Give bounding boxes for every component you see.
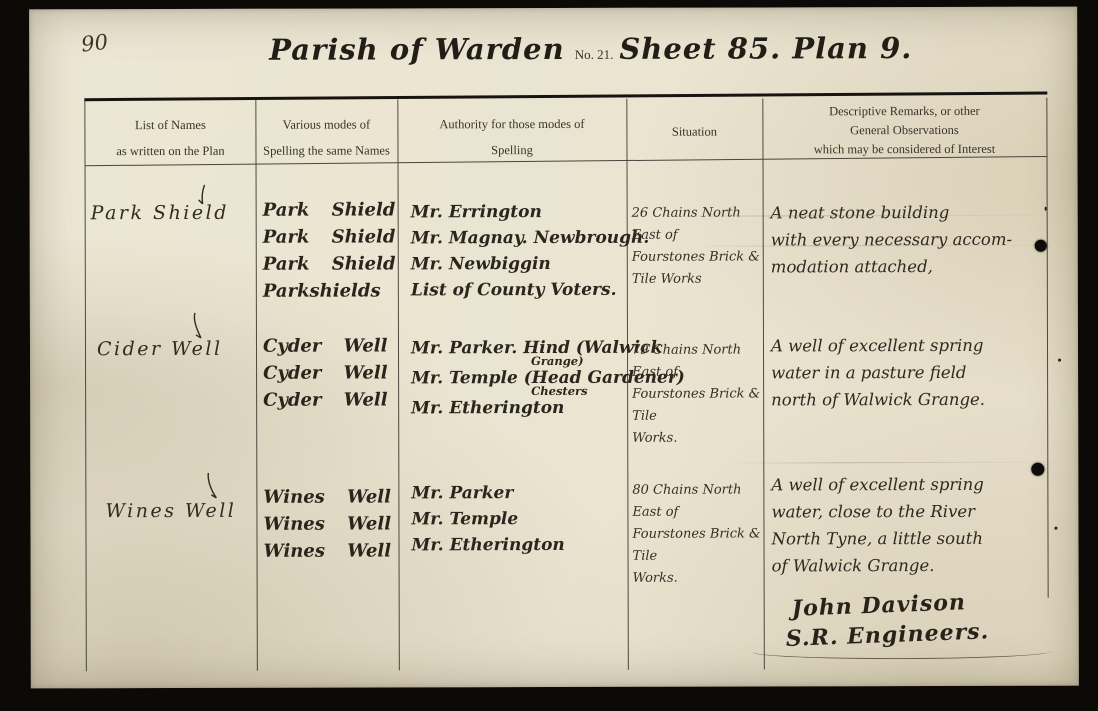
check-mark-icon	[195, 184, 209, 206]
table-row-name: Cider Well	[97, 338, 223, 360]
signature-flourish	[752, 644, 1052, 660]
name-book-table: List of Names as written on the Plan Var…	[84, 96, 1049, 674]
header-line: Various modes of	[256, 111, 396, 137]
spelling-variant: Cyder Well	[263, 386, 388, 413]
remark-line: North Tyne, a little south	[771, 525, 983, 553]
check-mark-icon	[203, 472, 219, 500]
header-line: Descriptive Remarks, or other	[763, 102, 1045, 122]
book-number-label: No. 21.	[575, 47, 614, 62]
spelling-variant: Parkshields	[263, 277, 396, 304]
situation-line: Fourstones Brick & Tile Works	[632, 246, 762, 290]
column-header-spelling: Various modes of Spelling the same Names	[256, 111, 396, 163]
spelling-variant: Cyder Well	[263, 359, 388, 386]
situation-line: 79 Chains North East of	[632, 339, 762, 383]
spelling-variant: Cyder Well	[263, 332, 388, 359]
spelling-variant: Wines Well	[263, 483, 391, 510]
remark-line: north of Walwick Grange.	[771, 386, 985, 414]
table-divider	[397, 99, 399, 670]
authority-entry: Mr. Temple	[411, 506, 564, 532]
situation-line: 80 Chains North East of	[632, 479, 762, 523]
remark-line: A well of excellent spring	[771, 332, 985, 360]
remark-line: A neat stone building	[771, 199, 1012, 227]
scan-background: { "page": { "number": "90", "title": { "…	[0, 0, 1098, 711]
header-line: Spelling the same Names	[256, 137, 396, 163]
authority-entry: Mr. Errington	[411, 199, 650, 226]
spelling-variant: Park Shield	[263, 196, 396, 223]
signature-block: John Davison S.R. Engineers.	[792, 590, 990, 651]
remark-line: water, close to the River	[771, 498, 983, 526]
remark-line: with every necessary accom-	[771, 226, 1012, 254]
authority-entry: Mr. Newbiggin	[411, 251, 650, 278]
situation-line: Fourstones Brick & Tile	[632, 383, 762, 427]
column-header-situation: Situation	[627, 124, 761, 139]
ink-speck	[1054, 527, 1057, 530]
situation-line: Works.	[632, 427, 762, 449]
spelling-variant: Park Shield	[263, 223, 396, 250]
table-divider	[255, 100, 257, 671]
situation-cell: 79 Chains North East of Fourstones Brick…	[632, 339, 762, 449]
column-header-remarks: Descriptive Remarks, or other General Ob…	[763, 102, 1045, 160]
table-divider	[1046, 98, 1048, 598]
document-title: Parish of WardenNo. 21.Sheet 85. Plan 9.	[269, 31, 889, 67]
authorities-cell: Mr. Parker Mr. Temple Mr. Etherington	[411, 480, 564, 558]
authority-entry: List of County Voters.	[411, 277, 650, 304]
row-name: Cider Well	[97, 338, 223, 360]
spelling-variant: Wines Well	[263, 537, 391, 564]
spellings-cell: Cyder Well Cyder Well Cyder Well	[263, 332, 388, 413]
remarks-cell: A well of excellent spring water, close …	[771, 471, 984, 580]
authority-entry: Mr. Parker	[411, 480, 564, 506]
table-row-name: Wines Well	[105, 500, 236, 522]
table-divider	[762, 98, 764, 669]
spelling-variant: Park Shield	[263, 250, 396, 277]
ink-speck	[1045, 207, 1047, 211]
page-number: 90	[80, 30, 109, 57]
spellings-cell: Park Shield Park Shield Park Shield Park…	[263, 196, 396, 304]
row-name: Wines Well	[105, 500, 236, 522]
remark-line: A well of excellent spring	[771, 471, 983, 499]
spellings-cell: Wines Well Wines Well Wines Well	[263, 483, 391, 564]
column-header-authority: Authority for those modes of Spelling	[398, 111, 625, 164]
authority-entry: Mr. Etherington	[411, 532, 564, 558]
table-divider	[84, 100, 86, 671]
sheet-plan-title: Sheet 85. Plan 9.	[619, 31, 912, 66]
situation-cell: 80 Chains North East of Fourstones Brick…	[632, 479, 762, 589]
check-mark-icon	[189, 312, 205, 340]
situation-line: Works.	[633, 567, 763, 589]
column-header-names: List of Names as written on the Plan	[86, 112, 254, 164]
authorities-cell: Mr. Errington Mr. Magnay. Newbrough. Mr.…	[411, 199, 650, 304]
situation-line: 26 Chains North East of	[632, 202, 762, 246]
parish-title: Parish of Warden	[269, 32, 565, 67]
header-line: Situation	[627, 124, 761, 139]
header-line: List of Names	[86, 112, 254, 138]
header-line: as written on the Plan	[86, 138, 254, 164]
header-line: Authority for those modes of	[398, 111, 625, 138]
remark-line: water in a pasture field	[771, 359, 985, 387]
remarks-cell: A neat stone building with every necessa…	[771, 199, 1013, 281]
ink-speck	[1058, 359, 1061, 362]
remarks-cell: A well of excellent spring water in a pa…	[771, 332, 985, 414]
remark-line: of Walwick Grange.	[772, 552, 984, 580]
table-top-rule	[84, 92, 1047, 102]
document-page: 90 Parish of WardenNo. 21.Sheet 85. Plan…	[29, 7, 1079, 689]
authority-entry: Mr. Magnay. Newbrough.	[411, 225, 650, 252]
table-row-name: Park Shield	[91, 202, 229, 224]
hole-punch	[1031, 463, 1044, 476]
header-line: General Observations	[763, 121, 1045, 141]
situation-line: Fourstones Brick & Tile	[632, 523, 762, 567]
spelling-variant: Wines Well	[263, 510, 391, 537]
remark-line: modation attached,	[771, 253, 1012, 281]
